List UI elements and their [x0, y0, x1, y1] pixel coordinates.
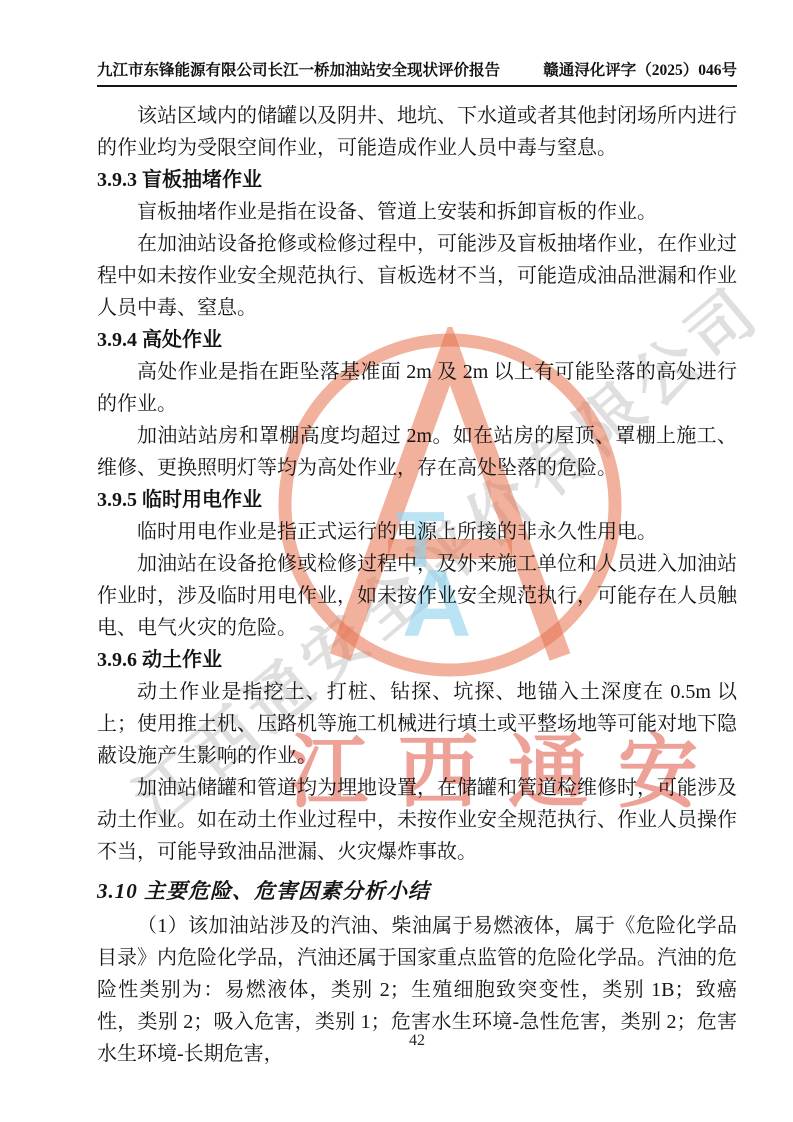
header-doc-number: 赣通浔化评字（2025）046号 — [543, 58, 737, 80]
page-footer: 42 — [97, 1032, 737, 1050]
report-page: 江西通安全评价有限公司 T A 江西通安 九江市东锋能源有限公司长江一桥加油站安… — [0, 0, 793, 1122]
section-heading: 3.9.4 高处作业 — [97, 324, 737, 356]
body-paragraph: 该站区域内的储罐以及阴井、地坑、下水道或者其他封闭场所内进行的作业均为受限空间作… — [97, 100, 737, 164]
section-heading: 3.10 主要危险、危害因素分析小结 — [97, 875, 737, 907]
body-paragraph: 加油站站房和罩棚高度均超过 2m。如在站房的屋顶、罩棚上施工、维修、更换照明灯等… — [97, 420, 737, 484]
body-paragraph: 高处作业是指在距坠落基准面 2m 及 2m 以上有可能坠落的高处进行的作业。 — [97, 356, 737, 420]
section-heading: 3.9.6 动土作业 — [97, 644, 737, 676]
header-report-title: 九江市东锋能源有限公司长江一桥加油站安全现状评价报告 — [97, 58, 500, 80]
page-header: 九江市东锋能源有限公司长江一桥加油站安全现状评价报告 赣通浔化评字（2025）0… — [97, 58, 737, 87]
body-paragraph: 在加油站设备抢修或检修过程中，可能涉及盲板抽堵作业，在作业过程中如未按作业安全规… — [97, 228, 737, 324]
document-body: 该站区域内的储罐以及阴井、地坑、下水道或者其他封闭场所内进行的作业均为受限空间作… — [97, 100, 737, 1070]
section-heading: 3.9.3 盲板抽堵作业 — [97, 164, 737, 196]
body-paragraph: 盲板抽堵作业是指在设备、管道上安装和拆卸盲板的作业。 — [97, 196, 737, 228]
page-number: 42 — [409, 1032, 425, 1049]
body-paragraph: 加油站储罐和管道均为埋地设置，在储罐和管道检维修时，可能涉及动土作业。如在动土作… — [97, 772, 737, 868]
section-heading: 3.9.5 临时用电作业 — [97, 484, 737, 516]
body-paragraph: 加油站在设备抢修或检修过程中，及外来施工单位和人员进入加油站作业时，涉及临时用电… — [97, 548, 737, 644]
body-paragraph: 临时用电作业是指正式运行的电源上所接的非永久性用电。 — [97, 516, 737, 548]
body-paragraph: 动土作业是指挖土、打桩、钻探、坑探、地锚入土深度在 0.5m 以上；使用推土机、… — [97, 676, 737, 772]
content-layer: 九江市东锋能源有限公司长江一桥加油站安全现状评价报告 赣通浔化评字（2025）0… — [0, 0, 793, 1122]
